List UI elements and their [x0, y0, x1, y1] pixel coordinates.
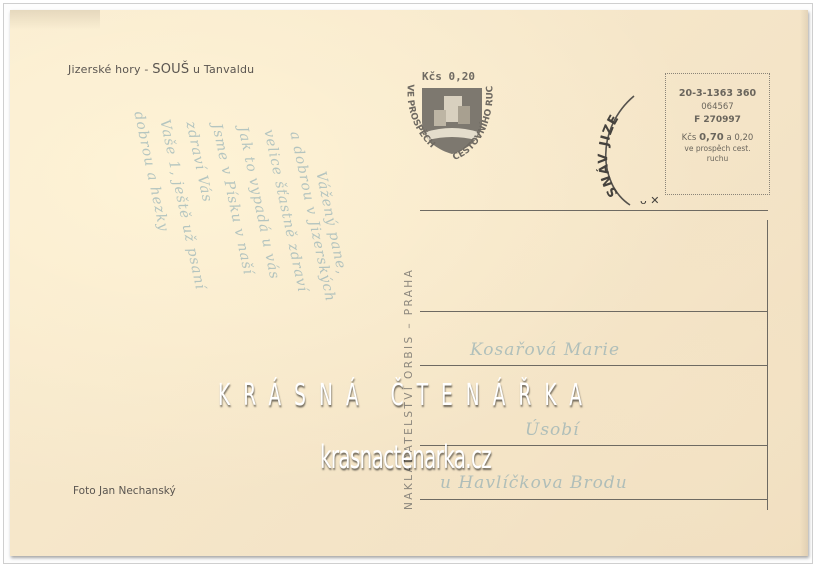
postage-box: 20-3-1363 360 064567 F 270997 Kčs 0,70 a… — [665, 73, 770, 195]
address-line — [420, 499, 768, 500]
address-frame-edge — [767, 220, 768, 510]
caption-region: Jizerské hory - — [68, 63, 149, 76]
address-line — [420, 365, 768, 366]
address-handwriting: Úsobí — [525, 420, 580, 440]
postage-code: 20-3-1363 360 — [666, 88, 769, 99]
postage-note: ve prospěch cest. — [666, 144, 769, 153]
castle-shield-icon: Kčs 0,20 VE PROSPĚCH CESTOVNÍHO RUCHU — [394, 66, 504, 166]
caption-rest: u Tanvaldu — [193, 63, 254, 76]
postage-serial: F 270997 — [666, 115, 769, 125]
postcard-caption: Jizerské hory - SOUŠ u Tanvaldu — [68, 62, 254, 77]
address-handwriting: u Havlíčkova Brodu — [440, 473, 628, 493]
svg-text:Kčs 0,20: Kčs 0,20 — [422, 70, 475, 83]
postage-number: 064567 — [666, 102, 769, 112]
address-line — [420, 311, 768, 312]
postage-note-2: ruchu — [666, 154, 769, 163]
svg-text:SNÁV JIZE: SNÁV JIZE — [595, 112, 622, 200]
photo-credit: Foto Jan Nechanský — [73, 485, 176, 497]
caption-place: SOUŠ — [152, 62, 189, 77]
address-line — [420, 210, 768, 211]
postcard-back: Jizerské hory - SOUŠ u Tanvaldu Foto Jan… — [10, 10, 808, 556]
address-handwriting: Kosařová Marie — [470, 340, 620, 360]
postage-price: Kčs 0,70 a 0,20 — [666, 132, 769, 143]
svg-text:ᴗ ✕: ᴗ ✕ — [640, 194, 659, 207]
watermark-title: KRÁSNÁ ČTENÁŘKA — [218, 378, 595, 413]
watermark-url: krasnactenarka.cz — [320, 438, 491, 476]
